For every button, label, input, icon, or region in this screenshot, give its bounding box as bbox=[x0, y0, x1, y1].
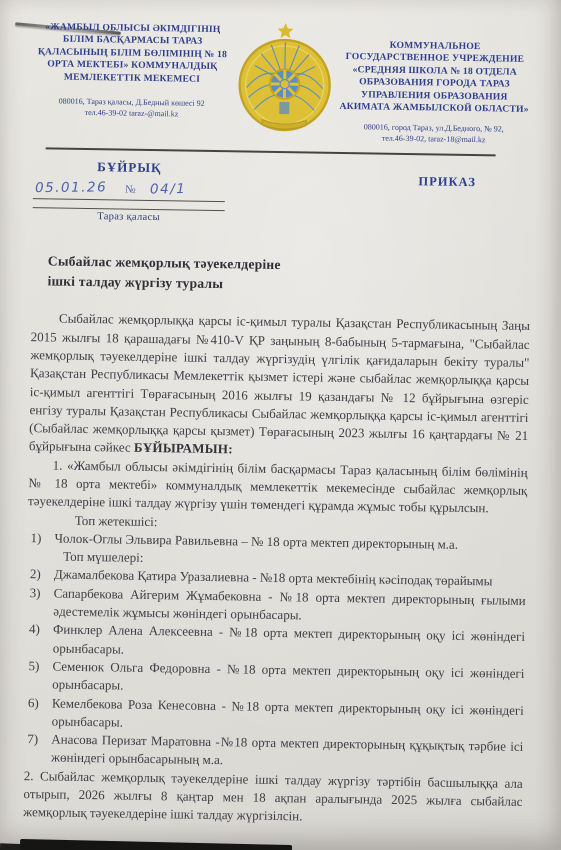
header-divider bbox=[46, 148, 496, 157]
member-number: 1) bbox=[30, 529, 50, 548]
preamble-paragraph: Сыбайлас жемқорлыққа қарсы іс-қимыл тура… bbox=[29, 309, 530, 463]
member-text: Кемелбекова Роза Кенесовна - №18 орта ме… bbox=[52, 695, 524, 729]
point-2-paragraph: 2. Сыбайлас жемқорлық тәуекелдеріне ішкі… bbox=[23, 767, 523, 830]
member-text: Семенюк Ольга Федоровна - №18 орта мекте… bbox=[52, 658, 524, 692]
org-block-russian: КОММУНАЛЬНОЕ ГОСУДАРСТВЕННОЕ УЧРЕЖДЕНИЕ … bbox=[334, 23, 534, 147]
member-item: 7) Анасова Перизат Маратовна -№18 орта м… bbox=[24, 730, 524, 774]
order-verb: БҰЙЫРАМЫН: bbox=[134, 440, 233, 457]
kazakhstan-emblem-icon bbox=[233, 21, 335, 140]
member-number: 5) bbox=[28, 657, 48, 676]
point-1-paragraph: 1. «Жамбыл облысы әкімдігінің білім басқ… bbox=[28, 456, 528, 519]
order-heading-row: БҰЙРЫҚ 05.01.26№04/1 Тараз қаласы ПРИКАЗ bbox=[32, 158, 532, 229]
handwritten-number: 04/1 bbox=[150, 181, 186, 197]
order-label-kazakh: БҰЙРЫҚ bbox=[33, 158, 225, 177]
letterhead: «ЖАМБЫЛ ОБЛЫСЫ ӘКІМДІГІНІҢ БІЛІМ БАСҚАРМ… bbox=[34, 18, 535, 146]
city-label: Тараз қаласы bbox=[32, 210, 224, 224]
org-address-russian: 080016, город Тараз, ул.Д.Бедного, № 92,… bbox=[334, 122, 533, 146]
member-number: 4) bbox=[29, 620, 49, 639]
org-address-kazakh: 080016, Тараз қаласы, Д.Бедный көшесі 92… bbox=[34, 96, 229, 120]
org-name-russian: КОММУНАЛЬНОЕ ГОСУДАРСТВЕННОЕ УЧРЕЖДЕНИЕ … bbox=[335, 39, 535, 117]
member-text: Анасова Перизат Маратовна -№18 орта мект… bbox=[51, 732, 523, 768]
member-number: 2) bbox=[30, 566, 50, 585]
member-number: 3) bbox=[30, 584, 50, 603]
member-number: 7) bbox=[27, 730, 47, 749]
order-left-block: БҰЙРЫҚ 05.01.26№04/1 Тараз қаласы bbox=[32, 158, 225, 224]
member-number: 6) bbox=[28, 694, 48, 713]
order-body: Сыбайлас жемқорлыққа қарсы іс-қимыл тура… bbox=[23, 309, 530, 829]
org-block-kazakh: «ЖАМБЫЛ ОБЛЫСЫ ӘКІМДІГІНІҢ БІЛІМ БАСҚАРМ… bbox=[34, 18, 230, 120]
scanned-order-content: «ЖАМБЫЛ ОБЛЫСЫ ӘКІМДІГІНІҢ БІЛІМ БАСҚАРМ… bbox=[0, 0, 561, 850]
handwritten-date: 05.01.26 bbox=[35, 179, 107, 196]
preamble-text: Сыбайлас жемқорлыққа қарсы іс-қимыл тура… bbox=[29, 311, 530, 455]
number-sign: № bbox=[125, 184, 136, 196]
org-name-kazakh: «ЖАМБЫЛ ОБЛЫСЫ ӘКІМДІГІНІҢ БІЛІМ БАСҚАРМ… bbox=[35, 21, 231, 86]
order-label-russian: ПРИКАЗ bbox=[361, 163, 532, 229]
member-text: Сапарбекова Айгерим Жұмабековна - №18 ор… bbox=[53, 585, 525, 622]
order-subject: Сыбайлас жемқорлық тәуекелдеріне ішкі та… bbox=[47, 252, 531, 299]
member-text: Финклер Алена Алексеевна - №18 орта мект… bbox=[53, 622, 525, 656]
order-date-number-line: 05.01.26№04/1 bbox=[33, 178, 225, 202]
document-page: «ЖАМБЫЛ ОБЛЫСЫ ӘКІМДІГІНІҢ БІЛІМ БАСҚАРМ… bbox=[0, 0, 561, 850]
